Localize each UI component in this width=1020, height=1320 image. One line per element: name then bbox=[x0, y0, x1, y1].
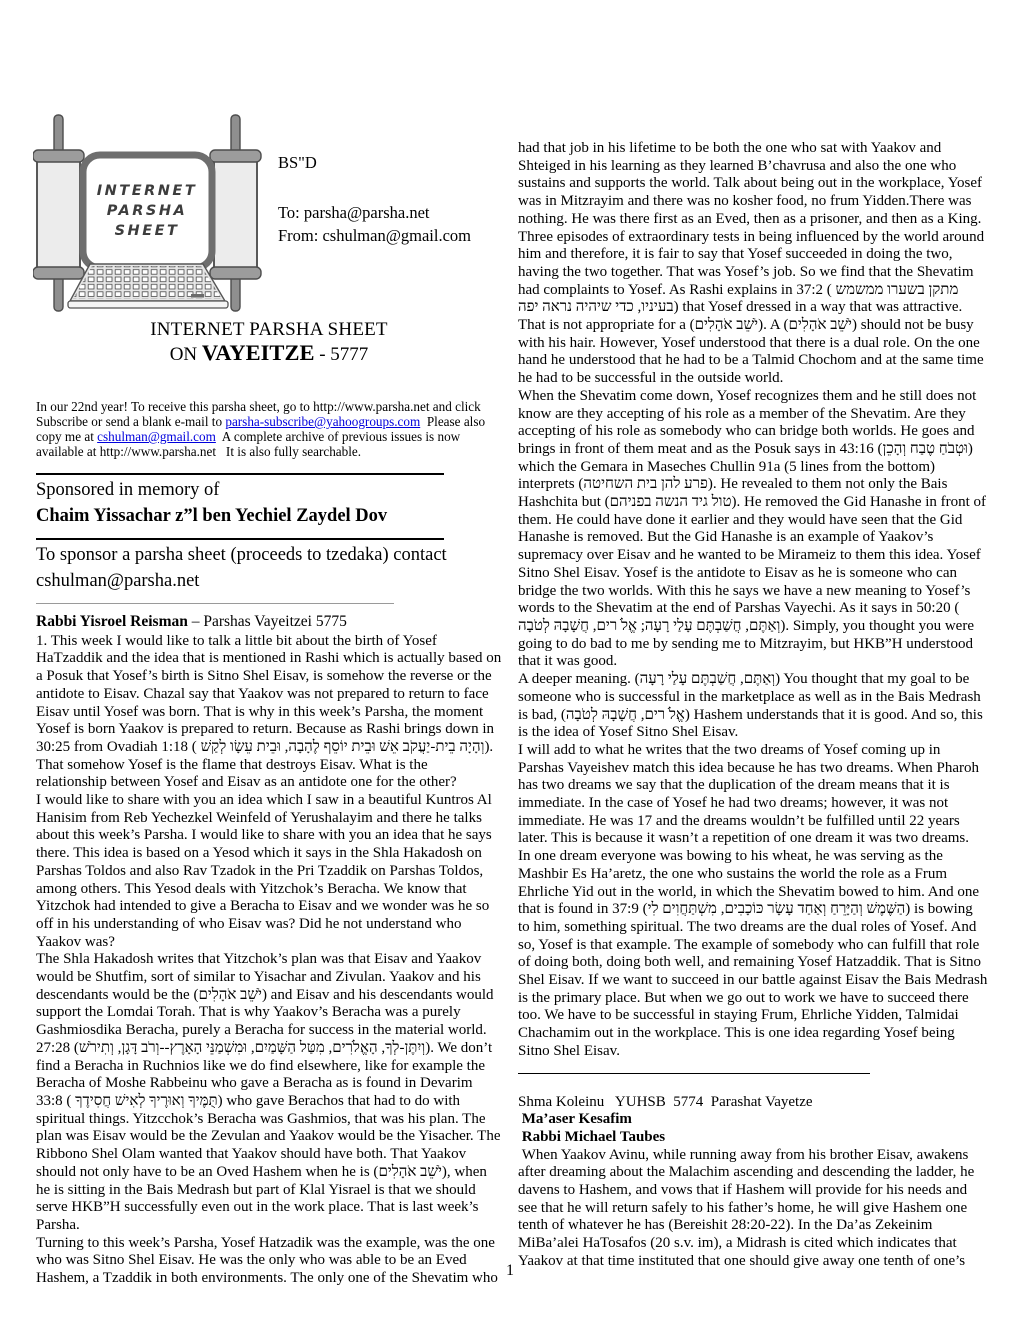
divider bbox=[36, 538, 444, 540]
contact-line: To sponsor a parsha sheet (proceeds to t… bbox=[36, 544, 502, 567]
internet-parsha-sheet-logo: INTERNET PARSHA SHEET bbox=[33, 113, 263, 313]
divider bbox=[36, 603, 394, 604]
email-link[interactable]: parsha-subscribe@yahoogroups.com bbox=[225, 414, 420, 429]
sponsor-label: Sponsored in memory of bbox=[36, 479, 502, 502]
logo-signature-mark bbox=[191, 294, 204, 298]
title-year: - 5777 bbox=[314, 344, 368, 365]
logo-text-line3: SHEET bbox=[115, 223, 180, 239]
left-column: INTERNET PARSHA SHEET BS"D To: parsha@pa… bbox=[36, 113, 502, 1288]
divider bbox=[36, 473, 444, 475]
title-on: ON bbox=[170, 344, 202, 365]
email-link[interactable]: cshulman@gmail.com bbox=[97, 429, 216, 444]
to-line: To: parsha@parsha.net bbox=[278, 201, 471, 224]
title-parsha-name: VAYEITZE bbox=[202, 340, 315, 365]
divider bbox=[518, 1073, 870, 1074]
article2-author: Rabbi Michael Taubes bbox=[518, 1129, 988, 1147]
article1-paragraph: 1. This week I would like to talk a litt… bbox=[36, 633, 502, 792]
sponsor-name: Chaim Yissachar z”l ben Yechiel Zaydel D… bbox=[36, 505, 502, 528]
article1-paragraph: The Shla Hakadosh writes that Yitzchok’s… bbox=[36, 951, 502, 1234]
logo-text-line1: INTERNET bbox=[97, 183, 197, 199]
article2-paragraph: When Yaakov Avinu, while running away fr… bbox=[518, 1147, 988, 1271]
from-line: From: cshulman@gmail.com bbox=[278, 224, 471, 247]
article1-heading: Rabbi Yisroel Reisman – Parshas Vayeitze… bbox=[36, 613, 502, 631]
contact-email: cshulman@parsha.net bbox=[36, 570, 502, 593]
right-column: had that job in his lifetime to be both … bbox=[518, 140, 988, 1271]
article1-author: Rabbi Yisroel Reisman bbox=[36, 613, 188, 630]
subscription-note: In our 22nd year! To receive this parsha… bbox=[36, 399, 502, 459]
article1-paragraph: In one dream everyone was bowing to his … bbox=[518, 848, 988, 1060]
article1-paragraph: I will add to what he writes that the tw… bbox=[518, 742, 988, 848]
article2-title: Ma’aser Kesafim bbox=[518, 1111, 988, 1129]
article1-paragraph: I would like to share with you an idea w… bbox=[36, 792, 502, 951]
article1-paragraph: When the Shevatim come down, Yosef recog… bbox=[518, 388, 988, 671]
masthead: INTERNET PARSHA SHEET BS"D To: parsha@pa… bbox=[36, 113, 502, 311]
article1-paragraph: A deeper meaning. (וְאַתֶּם, חֲשַׁבְתֶּם… bbox=[518, 671, 988, 742]
computer-monitor-icon: INTERNET PARSHA SHEET bbox=[83, 155, 212, 268]
title-line1: INTERNET PARSHA SHEET bbox=[36, 320, 502, 339]
bsd-label: BS"D bbox=[278, 153, 317, 173]
article1-title: – Parshas Vayeitzei 5775 bbox=[188, 613, 347, 630]
title-line2: ON VAYEITZE - 5777 bbox=[36, 342, 502, 365]
page-number: 1 bbox=[0, 1262, 1020, 1280]
computer-keyboard-icon bbox=[68, 264, 228, 308]
to-from-block: To: parsha@parsha.net From: cshulman@gma… bbox=[278, 201, 471, 247]
logo-text-line2: PARSHA bbox=[107, 203, 187, 219]
page-title: INTERNET PARSHA SHEET ON VAYEITZE - 5777 bbox=[36, 320, 502, 365]
article2-publication: Shma Koleinu YUHSB 5774 Parashat Vayetze bbox=[518, 1094, 988, 1112]
article1-paragraph: had that job in his lifetime to be both … bbox=[518, 140, 988, 388]
document-page: INTERNET PARSHA SHEET BS"D To: parsha@pa… bbox=[0, 0, 1020, 1320]
